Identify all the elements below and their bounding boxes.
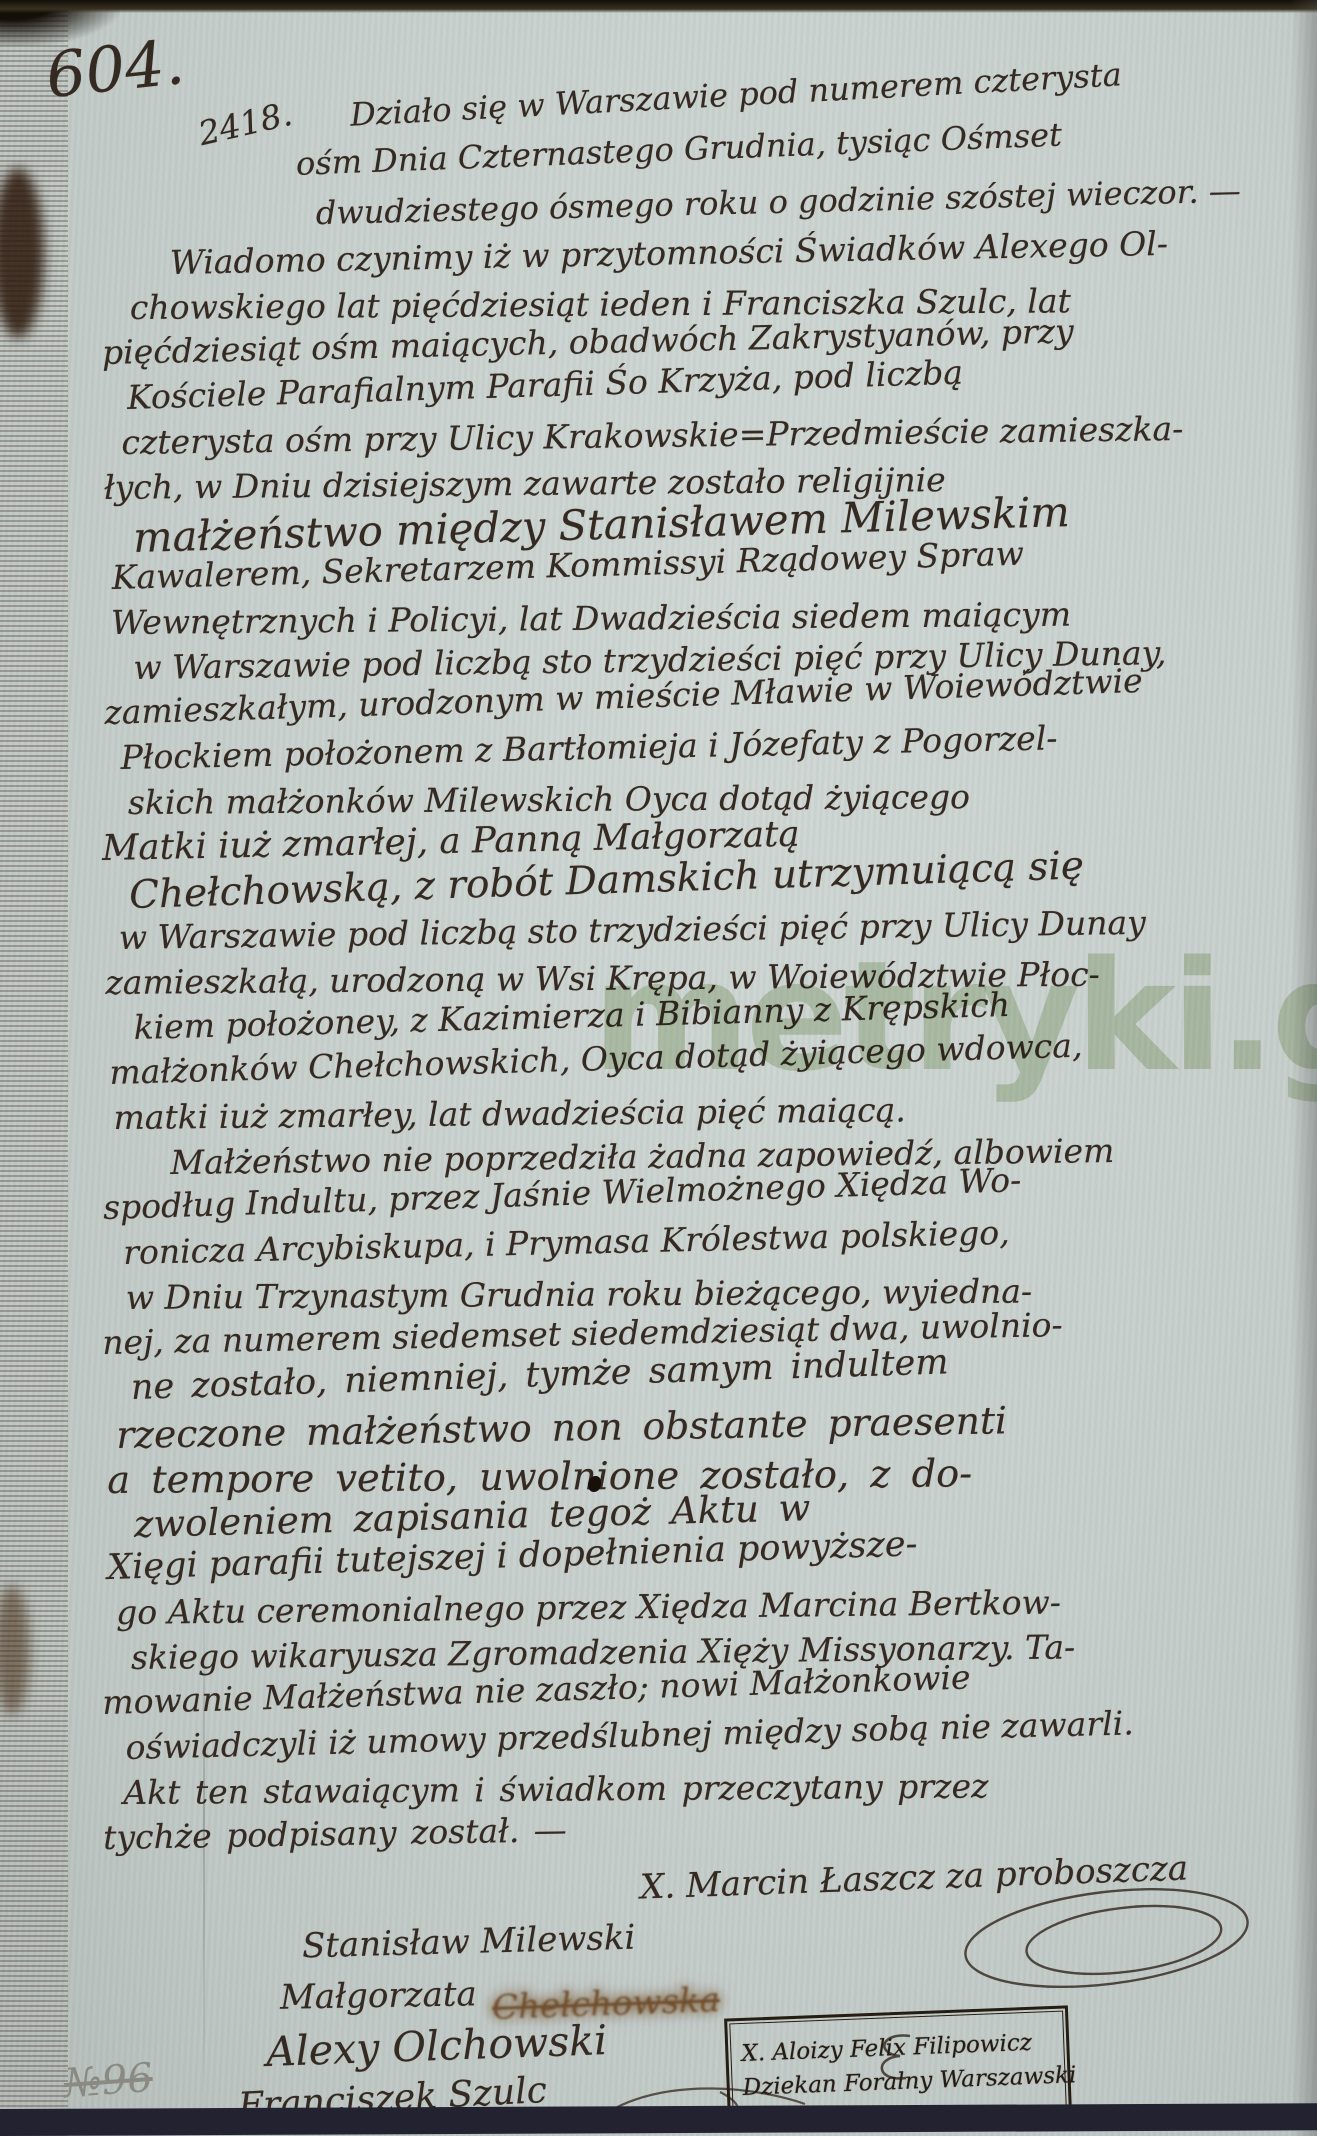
dean-stamp-border: X. Aloizy Felix Filipowicz Dziekan Foral… bbox=[729, 2011, 1066, 2120]
signature-flourish bbox=[952, 1872, 1262, 2012]
scanned-register-page: 604. 2418. Działo się w Warszawie pod nu… bbox=[0, 0, 1317, 2136]
page-bottom-edge bbox=[0, 2103, 1317, 2136]
pencil-page-number: №96 bbox=[63, 2055, 155, 2107]
opening-paragraph: Działo się w Warszawie pod numerem czter… bbox=[288, 74, 1118, 239]
archive-watermark: metryki.ge bbox=[592, 928, 1317, 1105]
page-top-shadow bbox=[0, 0, 1317, 13]
signature-bride-first-name: Małgorzata bbox=[280, 1974, 477, 2017]
record-number: 604. bbox=[43, 25, 188, 112]
